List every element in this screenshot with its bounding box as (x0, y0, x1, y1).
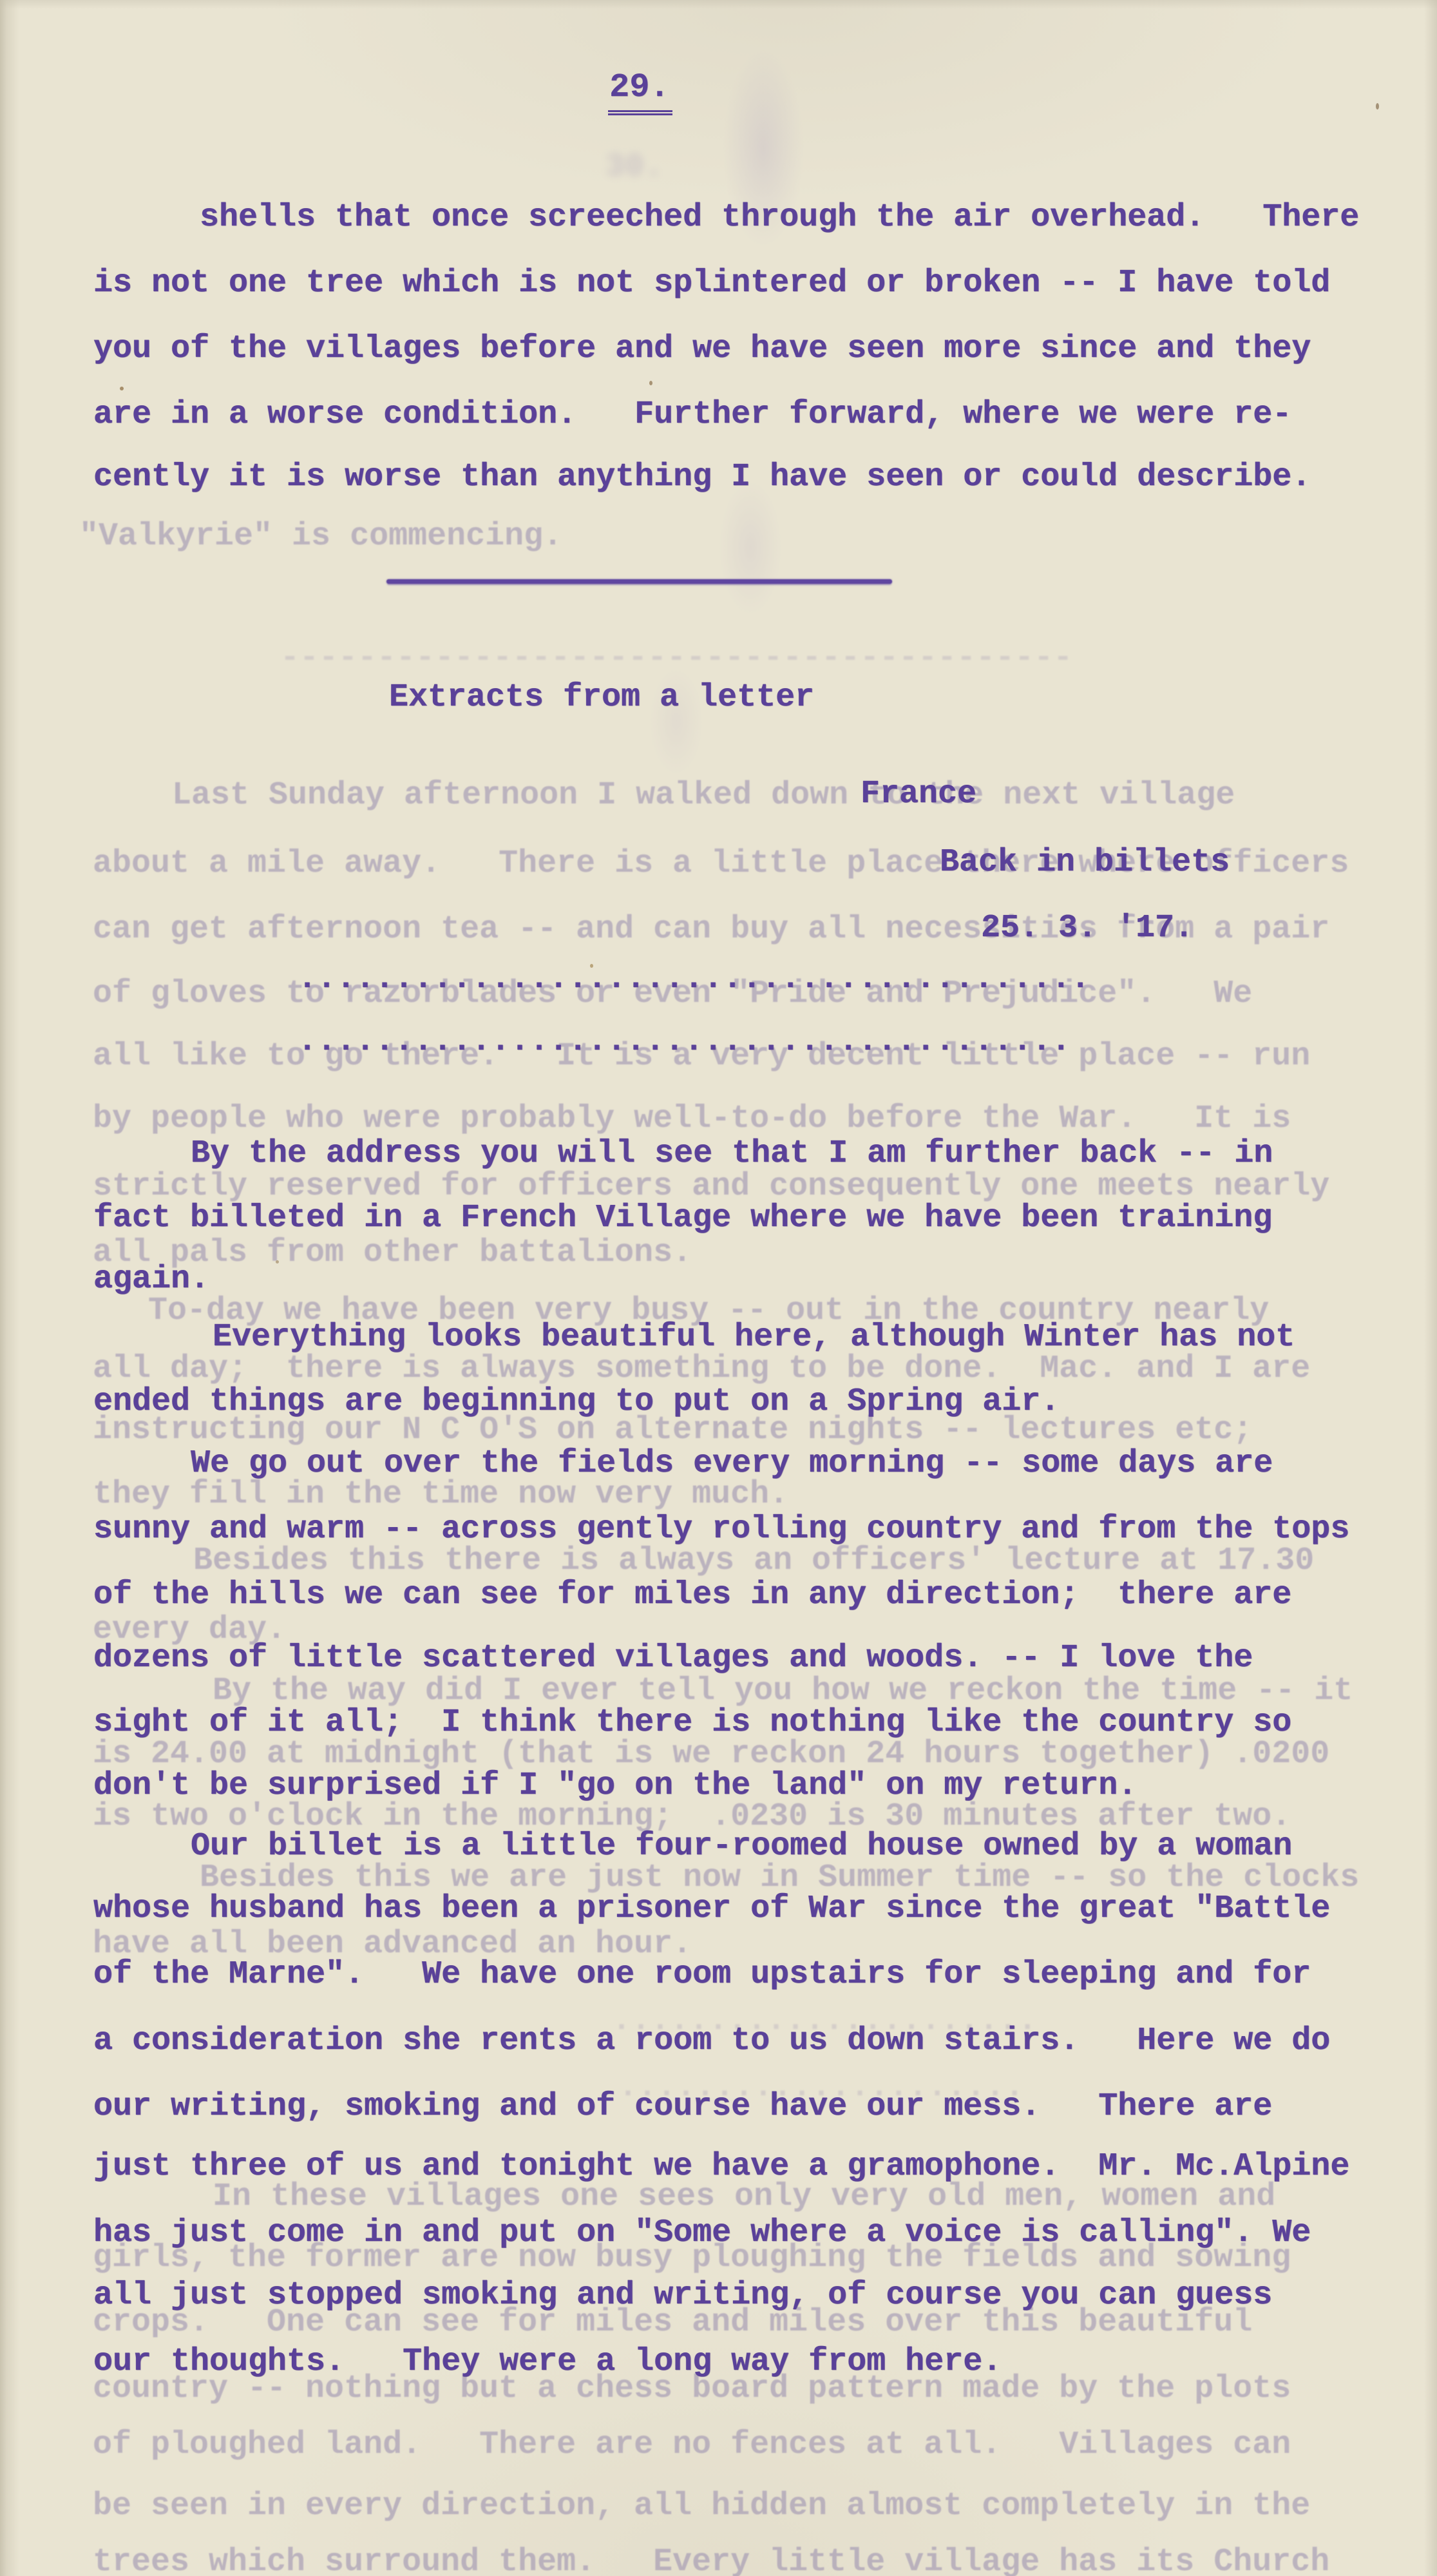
bleedthrough-line: "Valkyrie" is commencing. (79, 521, 562, 553)
page-number-text: 29. (609, 68, 670, 106)
bleedthrough-line: By the way did I ever tell you how we re… (213, 1675, 1353, 1707)
address-status: Back in billets (940, 847, 1230, 879)
bleedthrough-line: Besides this we are just now in Summer t… (200, 1862, 1359, 1894)
typed-line: shells that once screeched through the a… (200, 202, 1359, 234)
typed-line: you of the villages before and we have s… (93, 333, 1311, 365)
typed-line: sight of it all; I think there is nothin… (93, 1707, 1291, 1739)
document-page: 30."Valkyrie" is commencing.------------… (0, 0, 1437, 2576)
bleedthrough-line: ----------------------------------------… (280, 642, 1072, 675)
typed-line: sunny and warm -- across gently rolling … (93, 1514, 1349, 1546)
typed-line: has just come in and put on "Some where … (93, 2217, 1311, 2249)
paper-speck (120, 387, 124, 390)
bleedthrough-line: In these villages one sees only very old… (213, 2181, 1275, 2213)
letter-heading: Extracts from a letter (389, 682, 814, 714)
bleedthrough-line: be seen in every direction, all hidden a… (93, 2490, 1310, 2523)
typed-dotted-row: ........................................ (298, 1026, 1071, 1058)
bleedthrough-line: trees which surround them. Every little … (93, 2546, 1329, 2576)
typed-line: Our billet is a little four-roomed house… (191, 1831, 1292, 1863)
typed-line: are in a worse condition. Further forwar… (93, 399, 1291, 431)
bleedthrough-line: 30. (605, 151, 663, 184)
typed-line: a consideration she rents a room to us d… (93, 2025, 1330, 2057)
typed-line: don't be surprised if I "go on the land"… (93, 1770, 1137, 1802)
typed-line: our writing, smoking and of course have … (93, 2091, 1272, 2123)
typed-rule-separator (386, 579, 892, 584)
paper-speck (276, 1260, 279, 1264)
bleedthrough-line: by people who were probably well-to-do b… (93, 1103, 1291, 1135)
typed-line: cently it is worse than anything I have … (93, 461, 1311, 494)
typed-line: fact billeted in a French Village where … (93, 1202, 1272, 1235)
typed-line: just three of us and tonight we have a g… (93, 2151, 1349, 2183)
bleedthrough-line: of ploughed land. There are no fences at… (93, 2429, 1291, 2461)
typed-dotted-row: ........................................… (298, 963, 1090, 995)
paper-speck (1376, 103, 1379, 110)
typed-line: again. (93, 1264, 209, 1296)
bleedthrough-line: Last Sunday afternoon I walked down to t… (172, 780, 1235, 812)
address-date: 25. 3. '17. (981, 912, 1194, 945)
bleedthrough-line: all day; there is always something to be… (93, 1353, 1310, 1385)
typed-line: dozens of little scattered villages and … (93, 1642, 1253, 1675)
typed-line: our thoughts. They were a long way from … (93, 2346, 1002, 2378)
typed-line: ended things are beginning to put on a S… (93, 1386, 1060, 1418)
address-place: France (861, 778, 976, 811)
paper-speck (590, 964, 593, 968)
bleedthrough-line: is 24.00 at midnight (that is we reckon … (93, 1738, 1329, 1771)
page-number: 29. (608, 68, 672, 115)
typed-line: By the address you will see that I am fu… (191, 1138, 1273, 1170)
typed-line: of the hills we can see for miles in any… (93, 1579, 1291, 1611)
typed-line: Everything looks beautiful here, althoug… (213, 1322, 1295, 1354)
typed-line: is not one tree which is not splintered … (93, 267, 1330, 300)
typed-line: We go out over the fields every morning … (191, 1448, 1273, 1480)
typed-line: all just stopped smoking and writing, of… (93, 2280, 1272, 2312)
bleedthrough-line: strictly reserved for officers and conse… (93, 1171, 1329, 1203)
bleedthrough-line: they fill in the time now very much. (93, 1479, 788, 1511)
typed-line: whose husband has been a prisoner of War… (93, 1893, 1330, 1925)
typed-line: of the Marne". We have one room upstairs… (93, 1959, 1311, 1991)
paper-speck (649, 381, 652, 385)
bleedthrough-line: Besides this there is always an officers… (193, 1545, 1314, 1577)
